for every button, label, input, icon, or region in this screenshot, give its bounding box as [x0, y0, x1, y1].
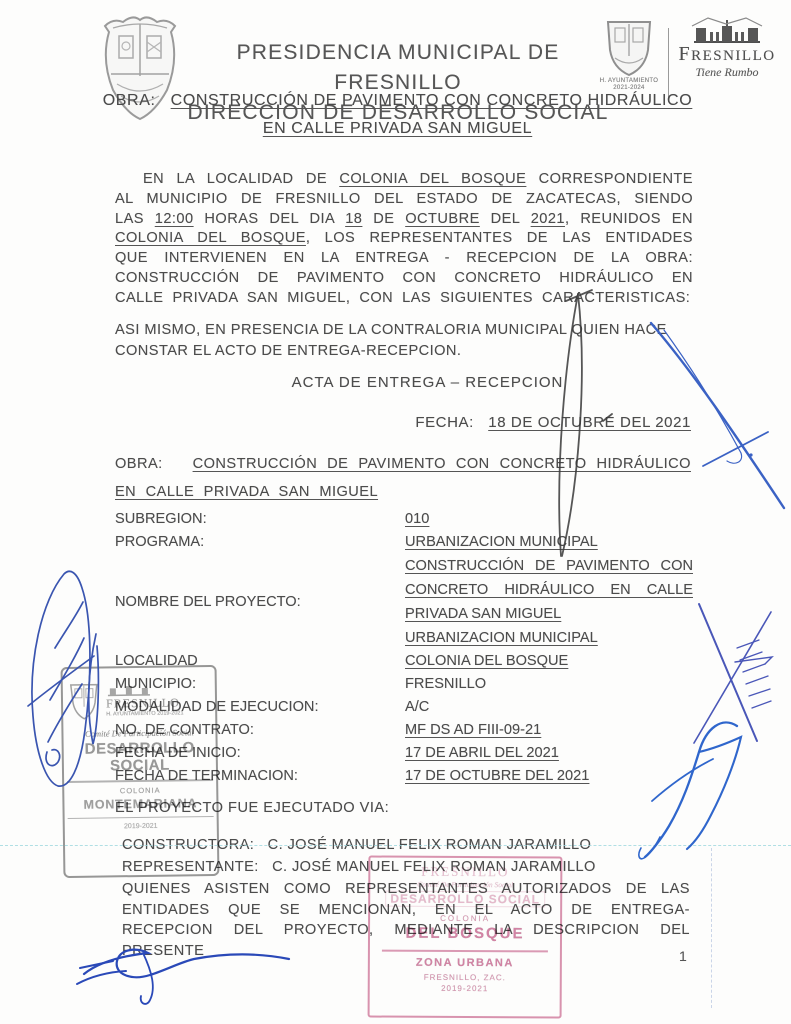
- stamp-rule: [68, 815, 214, 819]
- stamp-colonia-label: COLONIA: [370, 914, 560, 924]
- seal-caption-line1: H. AYUNTAMIENTO: [596, 78, 662, 85]
- field-value: 17 DE ABRIL DEL 2021: [405, 742, 693, 765]
- header-divider: [668, 28, 669, 102]
- field-label: PROGRAMA:: [115, 531, 405, 554]
- page-number: 1: [679, 948, 687, 964]
- scanned-document-page: PRESIDENCIA MUNICIPAL DE FRESNILLO DIREC…: [0, 0, 791, 1024]
- gray-committee-stamp: FRESNILLO H. AYUNTAMIENTO 2019-2021 Comi…: [61, 665, 220, 878]
- seal-caption-line2: 2021-2024: [596, 85, 662, 92]
- stamp-brand: FRESNILLO: [370, 864, 560, 881]
- obra-statement-label: OBRA:: [115, 456, 163, 472]
- field-label: SUBREGION:: [115, 508, 405, 531]
- stamp-shield-icon: [68, 681, 101, 721]
- obra-label: OBRA:: [103, 92, 156, 109]
- stamp-brand: FRESNILLO: [106, 696, 184, 709]
- field-row-subregion: SUBREGION: 010: [115, 508, 693, 531]
- field-value: COLONIA DEL BOSQUE: [405, 650, 693, 673]
- obra-statement: OBRA: CONSTRUCCIÓN DE PAVIMENTO CON CONC…: [115, 450, 691, 506]
- field-label: NOMBRE DEL PROYECTO:: [115, 591, 405, 614]
- obra-statement-value: CONSTRUCCIÓN DE PAVIMENTO CON CONCRETO H…: [115, 456, 691, 500]
- obra-header-line1: OBRA: CONSTRUCCIÓN DE PAVIMENTO CON CONC…: [75, 92, 720, 110]
- field-row-nombre-proyecto: NOMBRE DEL PROYECTO: CONSTRUCCIÓN DE PAV…: [115, 554, 693, 650]
- stamp-dept: DESARROLLO SOCIAL: [64, 739, 216, 775]
- gate-monument-icon: [688, 16, 766, 46]
- fecha-line: FECHA: 18 DE OCTUBRE DEL 2021: [115, 414, 691, 431]
- stamp-zona: ZONA URBANA: [370, 956, 560, 969]
- field-value: A/C: [405, 696, 693, 719]
- intro-paragraph: EN LA LOCALIDAD DE COLONIA DEL BOSQUE CO…: [115, 170, 693, 309]
- field-row-programa: PROGRAMA: URBANIZACION MUNICIPAL: [115, 531, 693, 554]
- pink-colonia-stamp: FRESNILLO Comité De Participación Social…: [368, 855, 563, 1018]
- stamp-rule: [382, 950, 548, 952]
- blue-hatched-signature: [694, 604, 772, 743]
- stamp-rule: [67, 779, 213, 783]
- field-value: MF DS AD FIII-09-21: [405, 719, 693, 742]
- letterhead-line1: PRESIDENCIA MUNICIPAL DE FRESNILLO: [178, 38, 618, 98]
- asimismo-paragraph: ASI MISMO, EN PRESENCIA DE LA CONTRALORI…: [115, 320, 680, 361]
- acta-heading: ACTA DE ENTREGA – RECEPCION: [140, 374, 715, 391]
- stamp-colonia-label: COLONIA: [64, 784, 216, 795]
- stamp-colonia-name: MONTEMARIANA: [64, 795, 216, 811]
- field-value: FRESNILLO: [405, 673, 693, 696]
- stamp-committee: Comité De Participación Social: [63, 727, 215, 739]
- field-value: 17 DE OCTUBRE DEL 2021: [405, 765, 693, 788]
- field-value: CONSTRUCCIÓN DE PAVIMENTO CON CONCRETO H…: [405, 554, 693, 650]
- fecha-label: FECHA:: [415, 414, 474, 431]
- obra-title: CONSTRUCCIÓN DE PAVIMENTO CON CONCRETO H…: [171, 92, 693, 109]
- stamp-seal-caption: H. AYUNTAMIENTO 2019-2021: [106, 710, 183, 717]
- stamp-period: 2019-2021: [65, 822, 217, 831]
- scan-fold-line: [711, 848, 712, 1008]
- stamp-colonia-name: DEL BOSQUE: [370, 925, 560, 943]
- field-value: 010: [405, 508, 693, 531]
- fresnillo-brand-logo: FRESNILLO Tiene Rumbo: [676, 16, 778, 80]
- brand-name: FRESNILLO: [676, 46, 778, 64]
- brand-tagline: Tiene Rumbo: [676, 65, 778, 80]
- stamp-committee: Comité De Participación Social: [370, 880, 560, 890]
- ayuntamiento-seal: H. AYUNTAMIENTO 2021-2024: [596, 16, 662, 92]
- stamp-dept: DESARROLLO SOCIAL: [385, 891, 545, 908]
- field-value: URBANIZACION MUNICIPAL: [405, 531, 693, 554]
- obra-header-line2: EN CALLE PRIVADA SAN MIGUEL: [75, 120, 720, 138]
- fecha-value: 18 DE OCTUBRE DEL 2021: [488, 414, 691, 431]
- scan-artifact-line: [0, 845, 791, 846]
- stamp-city: FRESNILLO, ZAC.: [370, 972, 560, 982]
- stamp-period: 2019-2021: [370, 983, 560, 993]
- document-letterhead: PRESIDENCIA MUNICIPAL DE FRESNILLO DIREC…: [178, 38, 618, 128]
- small-shield-icon: [603, 16, 655, 78]
